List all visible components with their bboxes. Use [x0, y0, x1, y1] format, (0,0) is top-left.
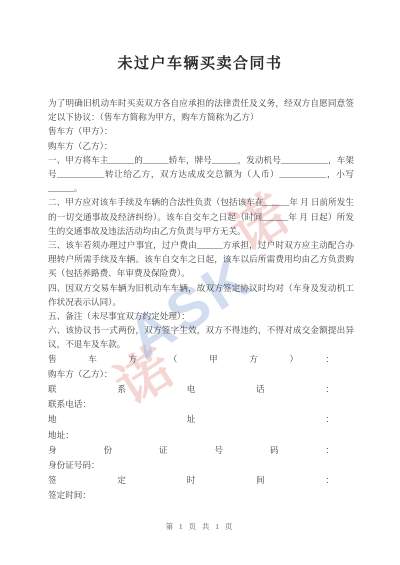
seller-phone-label: 联系电话：	[48, 382, 334, 397]
contract-body: 为了明确旧机动车时买卖双方各自应承担的法律责任及义务，经双方自愿同意签定以下协议…	[48, 96, 354, 504]
clause-5-remarks: 五、备注（未尽事宜双方约定处理）：	[48, 309, 354, 323]
buyer-party-line: 购车方（乙方）：	[48, 139, 354, 153]
clause-4: 四、因双方交易车辆为旧机动车车辆，故双方签定协议时均对（车身及发动机工作状况表示…	[48, 281, 354, 309]
clause-2: 二、甲方应对该车手续及车辆的合法性负责（包括该车在______年 月 日前所发生…	[48, 195, 354, 238]
clause-6: 六、该协议书一式两份，双方签字生效，双方不得违约，不得对成交金额提出异议，不退车…	[48, 323, 354, 351]
signature-block: 售车方（甲方）： 购车方（乙方）： 联系电话： 联系电话： 地址： 地址： 身份…	[48, 352, 354, 504]
seller-id-number-label: 身份证号码：	[48, 443, 334, 458]
buyer-signature-label: 购车方（乙方）：	[48, 367, 354, 382]
seller-signature-label: 售车方（甲方）：	[48, 352, 334, 367]
contract-page: 诺 ASK 诺 未过户车辆买卖合同书 为了明确旧机动车时买卖双方各自应承担的法律…	[0, 0, 400, 565]
page-number-footer: 第 1 页 共 1 页	[0, 521, 400, 532]
buyer-sign-date-label: 签定时间：	[48, 488, 354, 503]
buyer-id-number-label: 身份证号码：	[48, 458, 354, 473]
buyer-phone-label: 联系电话：	[48, 397, 354, 412]
buyer-address-label: 地址：	[48, 428, 354, 443]
seller-sign-date-label: 签定时间：	[48, 473, 334, 488]
seller-party-line: 售车方（甲方）：	[48, 124, 354, 138]
contract-title: 未过户车辆买卖合同书	[0, 52, 400, 73]
intro-paragraph: 为了明确旧机动车时买卖双方各自应承担的法律责任及义务，经双方自愿同意签定以下协议…	[48, 96, 354, 124]
clause-3: 三、该车若须办理过户事宜，过户费由______方承担，过户时双方应主动配合办理转…	[48, 238, 354, 281]
clause-1: 一、甲方将车主______的______轿车，牌号______，发动机号____…	[48, 153, 354, 196]
seller-address-label: 地址：	[48, 412, 334, 427]
